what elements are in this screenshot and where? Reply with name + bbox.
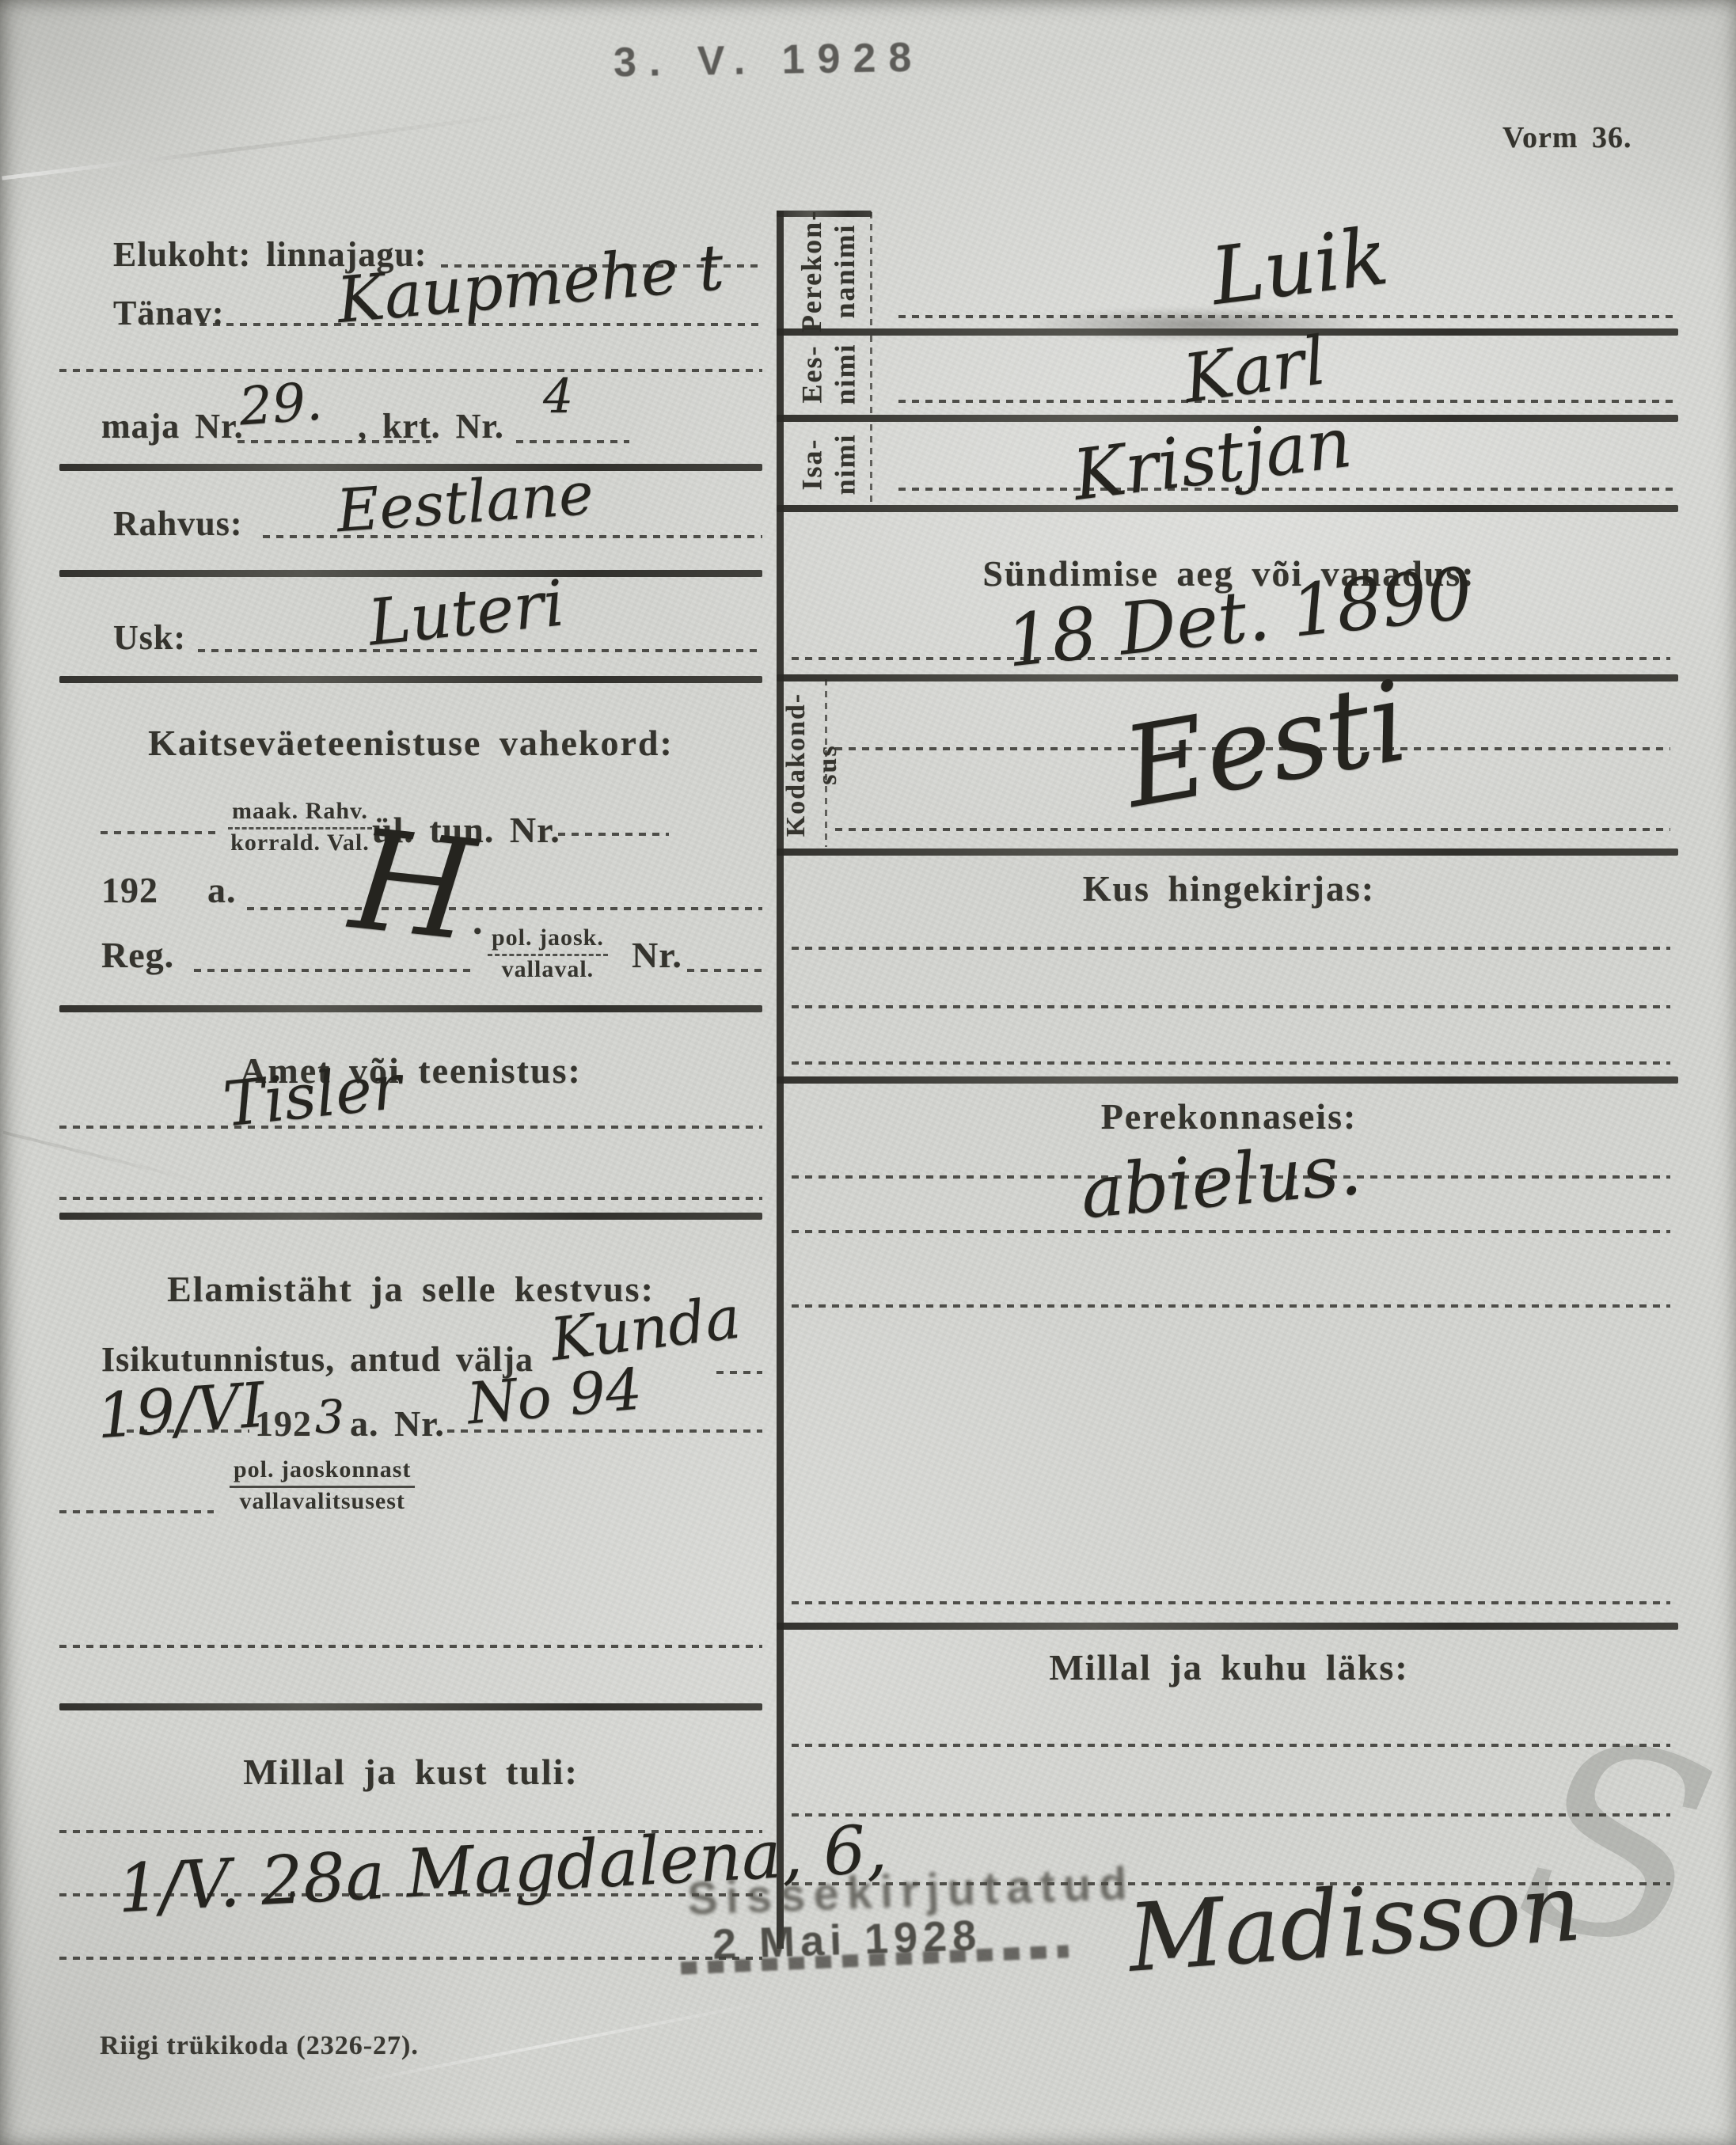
blank-line xyxy=(59,1197,762,1200)
printing-house-imprint: Riigi trükikoda (2326-27). xyxy=(100,2031,419,2061)
horizontal-rule xyxy=(777,674,1678,681)
marital-blank-line xyxy=(792,1230,1670,1233)
label-separator xyxy=(870,424,872,503)
departure-blank-line xyxy=(792,1813,1670,1817)
fathername-label-line1: Isa- xyxy=(796,438,828,490)
parish-blank-line xyxy=(792,1005,1670,1008)
marital-status-value-handwritten: abielus. xyxy=(1077,1128,1365,1236)
blank-line xyxy=(59,1645,762,1648)
house-number-value-handwritten: 29. xyxy=(237,370,324,437)
fraction-bottom-label: vallaval. xyxy=(488,956,608,983)
fathername-label-line2: nimi xyxy=(830,433,861,495)
nationality-label: Rahvus: xyxy=(113,503,243,544)
year-prefix-label: 192 xyxy=(101,869,158,911)
register-number-blank-line xyxy=(687,969,762,972)
parish-blank-line xyxy=(792,1061,1670,1065)
blank-line xyxy=(792,1304,1670,1308)
identity-card-number-handwritten: No 94 xyxy=(465,1356,644,1437)
citizenship-label: Kodakond- sus xyxy=(779,682,845,847)
year-blank-line xyxy=(247,907,762,910)
register-blank-line xyxy=(194,969,471,972)
horizontal-rule xyxy=(59,570,762,577)
issuing-authority-blank-line xyxy=(59,1510,214,1513)
religion-label: Usk: xyxy=(113,617,186,658)
horizontal-rule xyxy=(59,1005,762,1012)
fraction-top-label: maak. Rahv. xyxy=(228,798,372,830)
religion-blank-line xyxy=(198,649,762,652)
apartment-number-blank-line xyxy=(516,440,629,443)
scanned-registration-form: 3. V. 1928 Vorm 36. Elukoht: linnajagu: … xyxy=(0,0,1736,2145)
fraction-top-label: pol. jaoskonnast xyxy=(230,1456,415,1488)
fraction-bottom-label: korrald. Val. xyxy=(228,830,372,856)
arrival-heading: Millal ja kust tuli: xyxy=(59,1751,762,1793)
occupation-blank-line xyxy=(59,1126,762,1129)
citizenship-value-handwritten: Eesti xyxy=(1115,657,1417,833)
apartment-number-label: , krt. Nr. xyxy=(358,406,504,446)
departure-blank-line xyxy=(792,1744,1670,1747)
surname-label-line2: nanimi xyxy=(830,223,861,318)
horizontal-rule xyxy=(59,1703,762,1710)
identity-card-year-digit-handwritten: 3 xyxy=(315,1390,344,1444)
horizontal-rule xyxy=(777,505,1678,512)
parish-register-heading: Kus hingekirjas: xyxy=(784,867,1674,909)
horizontal-rule xyxy=(59,676,762,683)
horizontal-rule xyxy=(777,1076,1678,1084)
departure-heading: Millal ja kuhu läks: xyxy=(784,1646,1674,1688)
horizontal-rule xyxy=(59,1213,762,1220)
street-label: Tänav: xyxy=(113,293,224,333)
fathername-label: Isa- nimi xyxy=(788,426,870,502)
fraction-top-label: pol. jaosk. xyxy=(488,924,608,956)
blank-line xyxy=(59,1957,762,1960)
paper-crease xyxy=(2,1131,203,1184)
firstname-label: Ees- nimi xyxy=(788,336,870,412)
firstname-label-line1: Ees- xyxy=(796,345,828,404)
fraction-bottom-label: vallavalitsusest xyxy=(230,1488,415,1515)
citizenship-label-line2: sus xyxy=(813,744,842,784)
surname-value-handwritten: Luik xyxy=(1206,210,1393,323)
certificate-number-blank-line xyxy=(558,833,669,836)
county-or-municipality-fraction: maak. Rahv. korrald. Val. xyxy=(228,798,372,856)
military-mark-handwritten: H xyxy=(344,800,481,973)
military-blank-line xyxy=(101,831,219,834)
issuing-authority-fraction: pol. jaoskonnast vallavalitsusest xyxy=(230,1456,415,1514)
horizontal-rule xyxy=(59,464,762,471)
horizontal-rule xyxy=(777,849,1678,856)
label-separator xyxy=(870,212,872,328)
register-number-label: Nr. xyxy=(632,934,682,976)
police-district-fraction: pol. jaosk. vallaval. xyxy=(488,924,608,982)
footnote-dot: • xyxy=(473,918,483,945)
parish-blank-line xyxy=(792,947,1670,950)
identity-card-place-blank-line xyxy=(716,1371,762,1374)
blank-line xyxy=(59,369,762,372)
label-separator xyxy=(870,336,872,413)
house-number-label: maja Nr. xyxy=(101,406,244,446)
religion-value-handwritten: Luteri xyxy=(365,566,568,659)
identity-card-date-handwritten: 19/VI xyxy=(94,1370,267,1453)
apartment-number-value-handwritten: 4 xyxy=(543,369,573,424)
military-service-heading: Kaitseväeteenistuse vahekord: xyxy=(59,722,762,764)
year-a-label: a. xyxy=(207,869,237,911)
blank-line xyxy=(792,1601,1670,1604)
form-number: Vorm 36. xyxy=(1502,120,1632,155)
surname-label: Perekon- nanimi xyxy=(788,215,870,326)
citizenship-label-line1: Kodakond- xyxy=(781,693,811,837)
register-label: Reg. xyxy=(101,934,174,976)
identity-card-a-nr-label: a. Nr. xyxy=(350,1403,445,1445)
marital-status-heading: Perekonnaseis: xyxy=(784,1095,1674,1137)
nationality-value-handwritten: Eestlane xyxy=(334,460,595,545)
horizontal-rule xyxy=(777,1623,1678,1630)
surname-label-line1: Perekon- xyxy=(796,209,828,332)
firstname-label-line2: nimi xyxy=(830,343,861,404)
citizenship-blank-line xyxy=(835,828,1670,831)
received-date-stamp: 3. V. 1928 xyxy=(613,34,925,87)
paper-crease xyxy=(2,108,552,180)
ink-smudge xyxy=(1021,307,1377,342)
occupation-heading: Amet või teenistus: xyxy=(59,1050,762,1091)
